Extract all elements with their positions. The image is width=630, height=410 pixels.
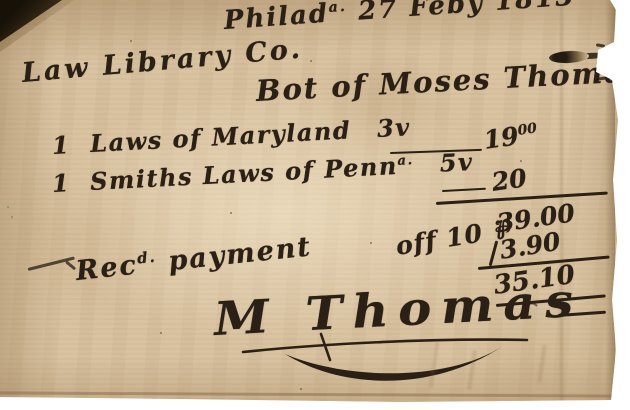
signature-flourish [195,288,565,403]
addition-rule [436,192,608,205]
date-place-superscript: a. [328,0,347,16]
item-2-dash [442,188,486,192]
date-rest: 27 Feby 1813 [357,0,576,27]
edge-nick [596,43,605,48]
right-edge-shading [605,0,615,410]
received-payment-line: Recd. payment [74,231,313,287]
item-1-amount: 1900 [482,119,539,155]
item-2-amount: 20 [490,163,528,197]
receipt-paper: Philada. 27 Feby 1813 Law Library Co. Bo… [0,0,630,410]
item-2-title-superscript: a. [397,153,414,169]
item-1-amount-cents: 00 [517,120,538,139]
paper-speck [130,40,132,42]
paper-speck [7,206,9,208]
paper-speck [230,212,232,214]
received-prefix: Rec [74,250,139,287]
item-2-title: Smiths Laws of Penn [89,151,398,196]
item-2-qty: 1 [51,168,71,198]
item-1-amount-dollars: 19 [482,121,520,155]
item-2-volumes: 5v [439,147,474,178]
paper-speck [11,216,13,218]
date-line: Philada. 27 Feby 1813 [223,0,576,36]
received-superscript: d. [136,248,157,268]
date-place: Philad [223,0,330,36]
paper-speck [310,60,312,62]
item-1-title: Laws of Maryland [89,115,351,158]
paper-speck [160,332,162,334]
paper-speck [95,150,97,152]
item-1-qty: 1 [51,130,71,160]
paper-speck [300,388,302,390]
item-1-volumes: 3v [376,112,411,143]
scanned-receipt: Philada. 27 Feby 1813 Law Library Co. Bo… [0,0,630,410]
received-rest: payment [167,231,313,277]
paper-speck [370,242,372,244]
paper-speck [520,160,522,162]
